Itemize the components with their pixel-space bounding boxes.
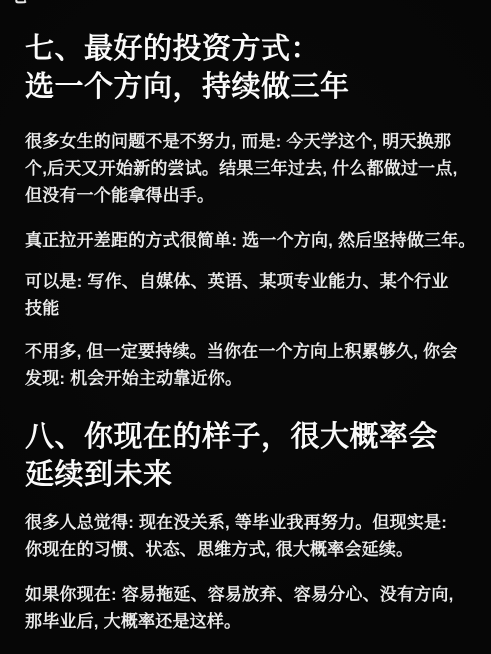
paragraph-if-you-now: 如果你现在: 容易拖延、容易放弃、容易分心、没有方向, 那毕业后, 大概率还是这… [25,581,477,635]
paragraph-current-habits: 很多人总觉得: 现在没关系, 等毕业我再努力。但现实是: 你现在的习惯、状态、思… [25,509,477,563]
paragraph-direction-examples: 可以是: 写作、自媒体、英语、某项专业能力、某个行业 技能 [25,268,477,322]
text-card: 七 七、最好的投资方式： 选一个方向，持续做三年 很多女生的问题不是不努力, 而… [0,0,491,654]
paragraph-problem-description: 很多女生的问题不是不努力, 而是: 今天学这个, 明天换那 个,后天又开始新的尝… [25,128,477,209]
paragraph-simple-method: 真正拉开差距的方式很简单: 选一个方向, 然后坚持做三年。 [25,227,477,254]
section-heading-eight: 八、你现在的样子，很大概率会 延续到未来 [25,418,477,494]
clipped-glyph-text: 七 [9,0,35,7]
paragraph-persistence-result: 不用多, 但一定要持续。当你在一个方向上积累够久, 你会 发现: 机会开始主动靠… [25,338,477,392]
clipped-glyph-fragment: 七 [9,0,35,8]
section-heading-seven: 七、最好的投资方式： 选一个方向，持续做三年 [25,30,477,106]
